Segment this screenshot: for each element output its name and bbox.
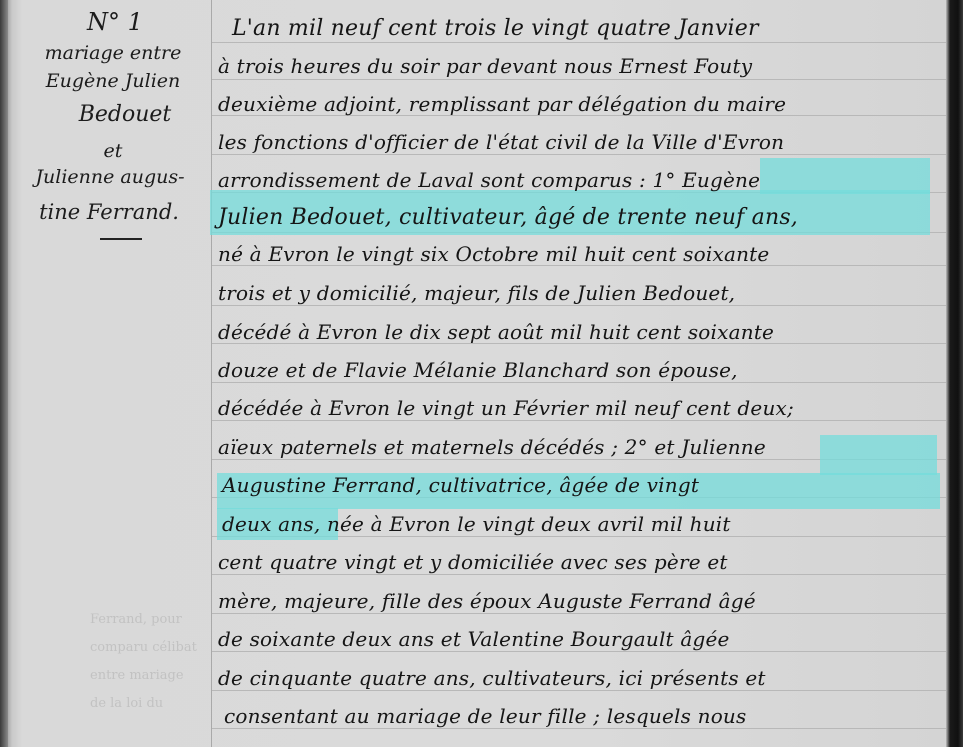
body-line: arrondissement de Laval sont comparus : … xyxy=(218,168,760,192)
body-line: décédé à Evron le dix sept août mil huit… xyxy=(218,320,774,344)
body-line: douze et de Flavie Mélanie Blanchard son… xyxy=(218,358,738,382)
body-line: né à Evron le vingt six Octobre mil huit… xyxy=(218,242,769,266)
body-line: deux ans, née à Evron le vingt deux avri… xyxy=(222,512,731,536)
ruled-line xyxy=(212,79,946,80)
register-page: N° 1 mariage entre Eugène Julien Bedouet… xyxy=(0,0,963,747)
bleed-through-text: de la loi du xyxy=(90,696,163,711)
bleed-through-text: entre mariage xyxy=(90,668,184,683)
body-line: consentant au mariage de leur fille ; le… xyxy=(224,704,746,728)
margin-line: mariage entre xyxy=(18,42,208,64)
highlight-groom-part1 xyxy=(760,158,930,194)
body-line: Julien Bedouet, cultivateur, âgé de tren… xyxy=(218,205,798,230)
margin-line: Julienne augus- xyxy=(10,166,210,188)
page-edge xyxy=(946,0,963,747)
margin-line: Eugène Julien xyxy=(18,70,208,92)
ruled-line xyxy=(212,420,946,421)
body-line: aïeux paternels et maternels décédés ; 2… xyxy=(218,435,766,459)
binding-shadow xyxy=(0,0,8,747)
ruled-line xyxy=(212,154,946,155)
body-line: Augustine Ferrand, cultivatrice, âgée de… xyxy=(222,473,699,497)
body-line: L'an mil neuf cent trois le vingt quatre… xyxy=(232,16,759,41)
body-line: trois et y domicilié, majeur, fils de Ju… xyxy=(218,281,735,305)
bleed-through-text: Ferrand, pour xyxy=(90,612,182,627)
ruled-line xyxy=(212,728,946,729)
ruled-line xyxy=(212,305,946,306)
body-line: de cinquante quatre ans, cultivateurs, i… xyxy=(218,666,766,690)
ruled-line xyxy=(212,42,946,43)
ruled-line xyxy=(212,690,946,691)
margin-line: tine Ferrand. xyxy=(14,200,204,224)
entry-number: N° 1 xyxy=(40,8,190,36)
ruled-line xyxy=(212,382,946,383)
bleed-through-text: comparu célibat xyxy=(90,640,197,655)
ruled-line xyxy=(212,651,946,652)
body-line: à trois heures du soir par devant nous E… xyxy=(218,54,752,78)
ruled-line xyxy=(212,574,946,575)
margin-rule xyxy=(211,0,212,747)
highlight-bride-part1 xyxy=(820,435,937,475)
margin-underline xyxy=(100,238,142,240)
margin-line: Bedouet xyxy=(40,102,210,127)
body-line: les fonctions d'officier de l'état civil… xyxy=(218,130,784,154)
body-line: mère, majeure, fille des époux Auguste F… xyxy=(218,589,756,613)
body-line: décédée à Evron le vingt un Février mil … xyxy=(218,396,794,420)
margin-line: et xyxy=(18,140,208,162)
body-line: deuxième adjoint, remplissant par déléga… xyxy=(218,92,786,116)
ruled-line xyxy=(212,613,946,614)
body-line: de soixante deux ans et Valentine Bourga… xyxy=(218,627,730,651)
body-line: cent quatre vingt et y domiciliée avec s… xyxy=(218,550,728,574)
